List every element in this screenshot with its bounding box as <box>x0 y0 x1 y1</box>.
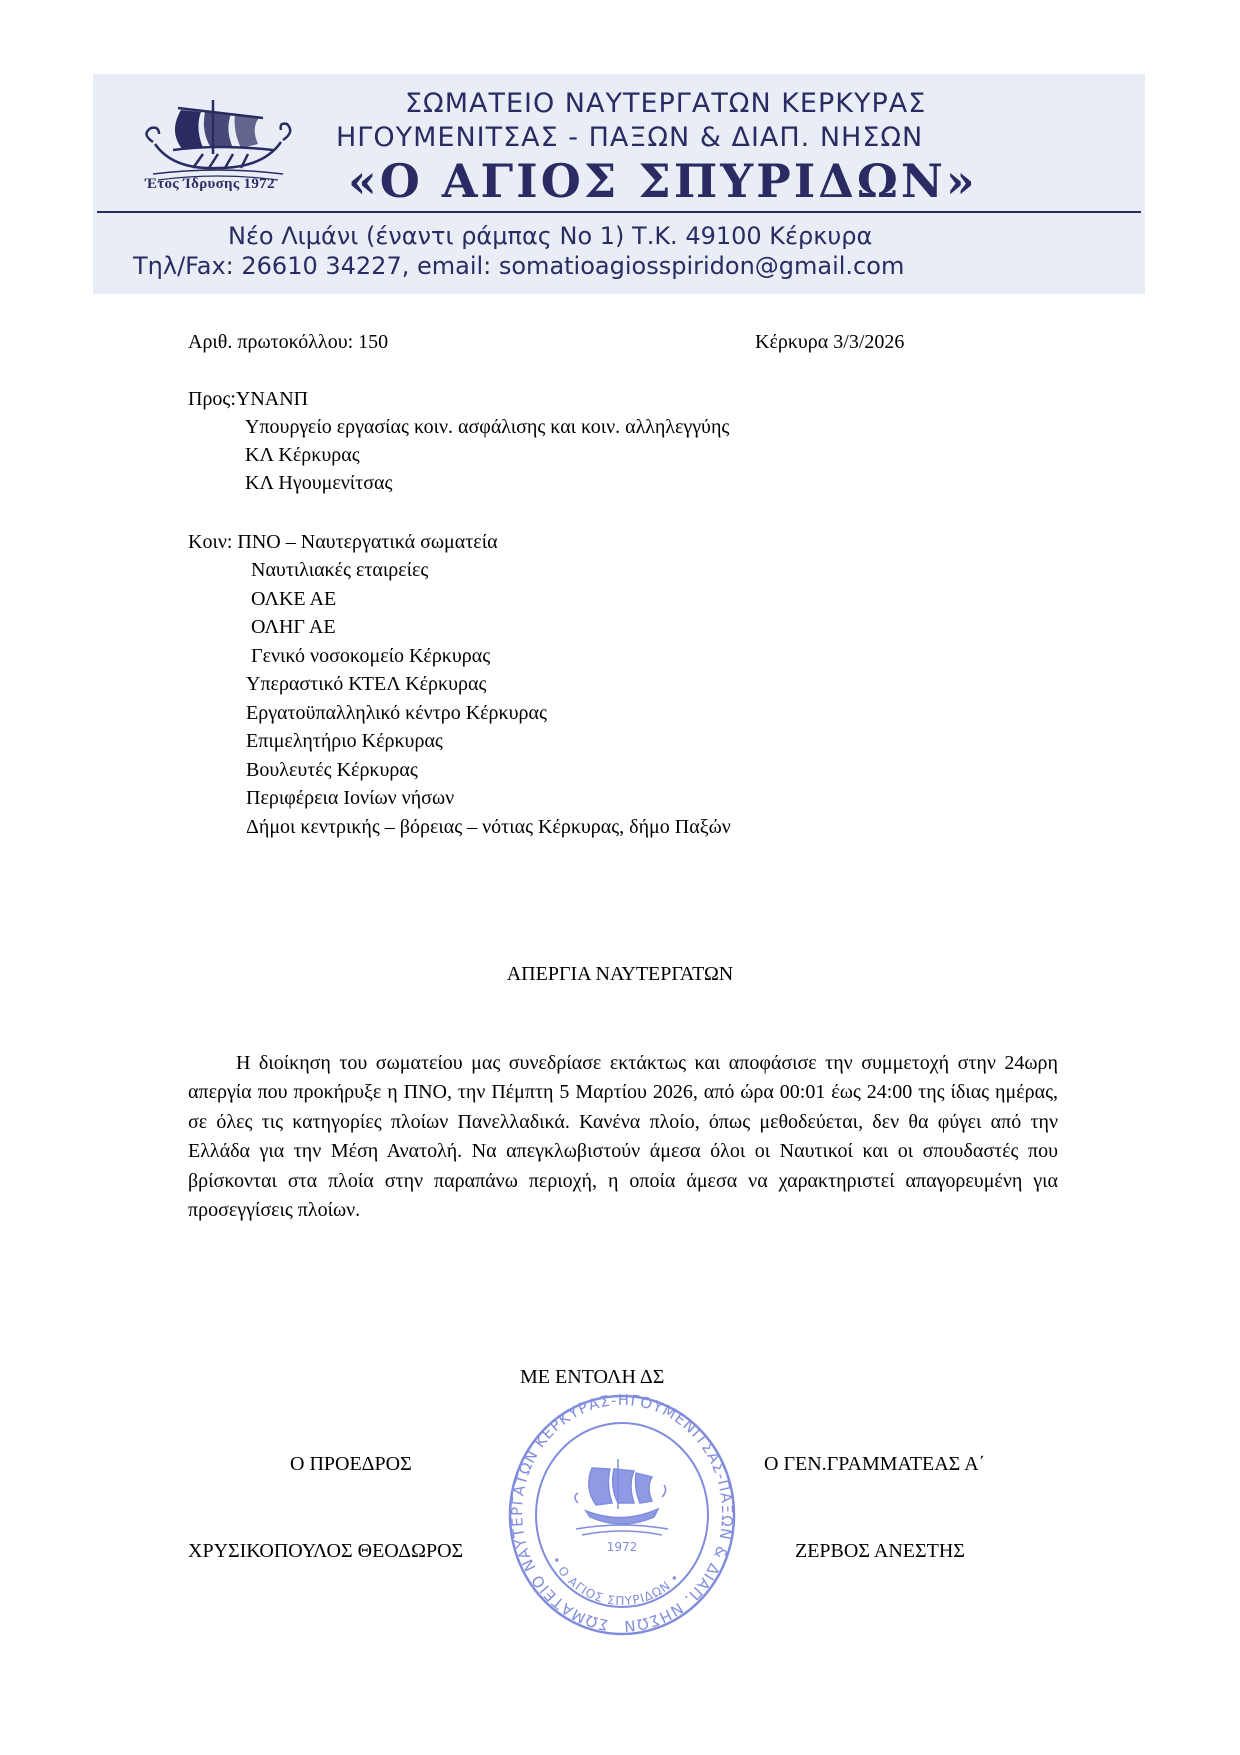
secretary-title: Ο ΓΕΝ.ΓΡΑΜΜΑΤΕΑΣ Α΄ <box>764 1453 985 1476</box>
cc-recipient: Βουλευτές Κέρκυρας <box>246 756 418 784</box>
letterhead: Έτος Ίδρυσης 1972 ΣΩΜΑΤΕΙΟ ΝΑΥΤΕΡΓΑΤΩΝ Κ… <box>93 74 1145 294</box>
cc-recipient: Περιφέρεια Ιονίων νήσων <box>246 784 454 812</box>
document-subject: ΑΠΕΡΓΙΑ ΝΑΥΤΕΡΓΑΤΩΝ <box>0 963 1240 986</box>
document-date: Κέρκυρα 3/3/2026 <box>755 328 904 356</box>
union-name-line1: ΣΩΜΑΤΕΙΟ ΝΑΥΤΕΡΓΑΤΩΝ ΚΕΡΚΥΡΑΣ <box>405 88 926 119</box>
union-title: «Ο ΑΓΙΟΣ ΣΠΥΡΙΔΩΝ» <box>348 154 978 208</box>
ancient-ship-icon <box>133 92 303 187</box>
union-name-line2: ΗΓΟΥΜΕΝΙΤΣΑΣ - ΠΑΞΩΝ & ΔΙΑΠ. ΝΗΣΩΝ <box>336 122 923 153</box>
ancient-ship-icon <box>575 1459 668 1535</box>
president-title: Ο ΠΡΟΕΔΡΟΣ <box>290 1453 412 1476</box>
body-paragraph: Η διοίκηση του σωματείου μας συνεδρίασε … <box>188 1049 1058 1225</box>
union-address: Νέο Λιμάνι (έναντι ράμπας Νο 1) Τ.Κ. 491… <box>228 222 872 250</box>
recipient: ΚΛ Κέρκυρας <box>245 441 360 469</box>
president-name: ΧΡΥΣΙΚΟΠΟΥΛΟΣ ΘΕΟΔΩΡΟΣ <box>188 1540 463 1563</box>
cc-recipient: ΟΛΗΓ ΑΕ <box>251 613 336 641</box>
union-stamp: ΣΩΜΑΤΕΙΟ ΝΑΥΤΕΡΓΑΤΩΝ ΚΕΡΚΥΡΑΣ-ΗΓΟΥΜΕΝΙΤΣ… <box>506 1393 738 1638</box>
recipient: Υπουργείο εργασίας κοιν. ασφάλισης και κ… <box>245 413 729 441</box>
union-contact: Τηλ/Fax: 26610 34227, email: somatioagio… <box>133 252 904 280</box>
cc-recipient: Επιμελητήριο Κέρκυρας <box>246 727 443 755</box>
cc-recipient: Εργατοϋπαλληλικό κέντρο Κέρκυρας <box>246 699 547 727</box>
cc-recipient: Δήμοι κεντρικής – βόρειας – νότιας Κέρκυ… <box>246 813 731 841</box>
recipient: ΚΛ Ηγουμενίτσας <box>245 469 392 497</box>
cc-recipient: ΟΛΚΕ ΑΕ <box>251 585 336 613</box>
secretary-name: ΖΕΡΒΟΣ ΑΝΕΣΤΗΣ <box>795 1540 965 1563</box>
founded-year: Έτος Ίδρυσης 1972 <box>145 176 275 193</box>
cc-recipient: Υπεραστικό ΚΤΕΛ Κέρκυρας <box>246 670 486 698</box>
protocol-number: Αριθ. πρωτοκόλλου: 150 <box>188 328 388 356</box>
letterhead-divider <box>97 211 1141 213</box>
recipients-to-label: Προς:ΥΝΑΝΠ <box>188 385 308 413</box>
stamp-year: 1972 <box>607 1540 638 1554</box>
cc-recipient: Ναυτιλιακές εταιρείες <box>251 556 428 584</box>
board-order: ΜΕ ΕΝΤΟΛΗ ΔΣ <box>520 1366 664 1389</box>
cc-label: Κοιν: ΠΝΟ – Ναυτεργατικά σωματεία <box>188 528 498 556</box>
cc-recipient: Γενικό νοσοκομείο Κέρκυρας <box>251 642 490 670</box>
